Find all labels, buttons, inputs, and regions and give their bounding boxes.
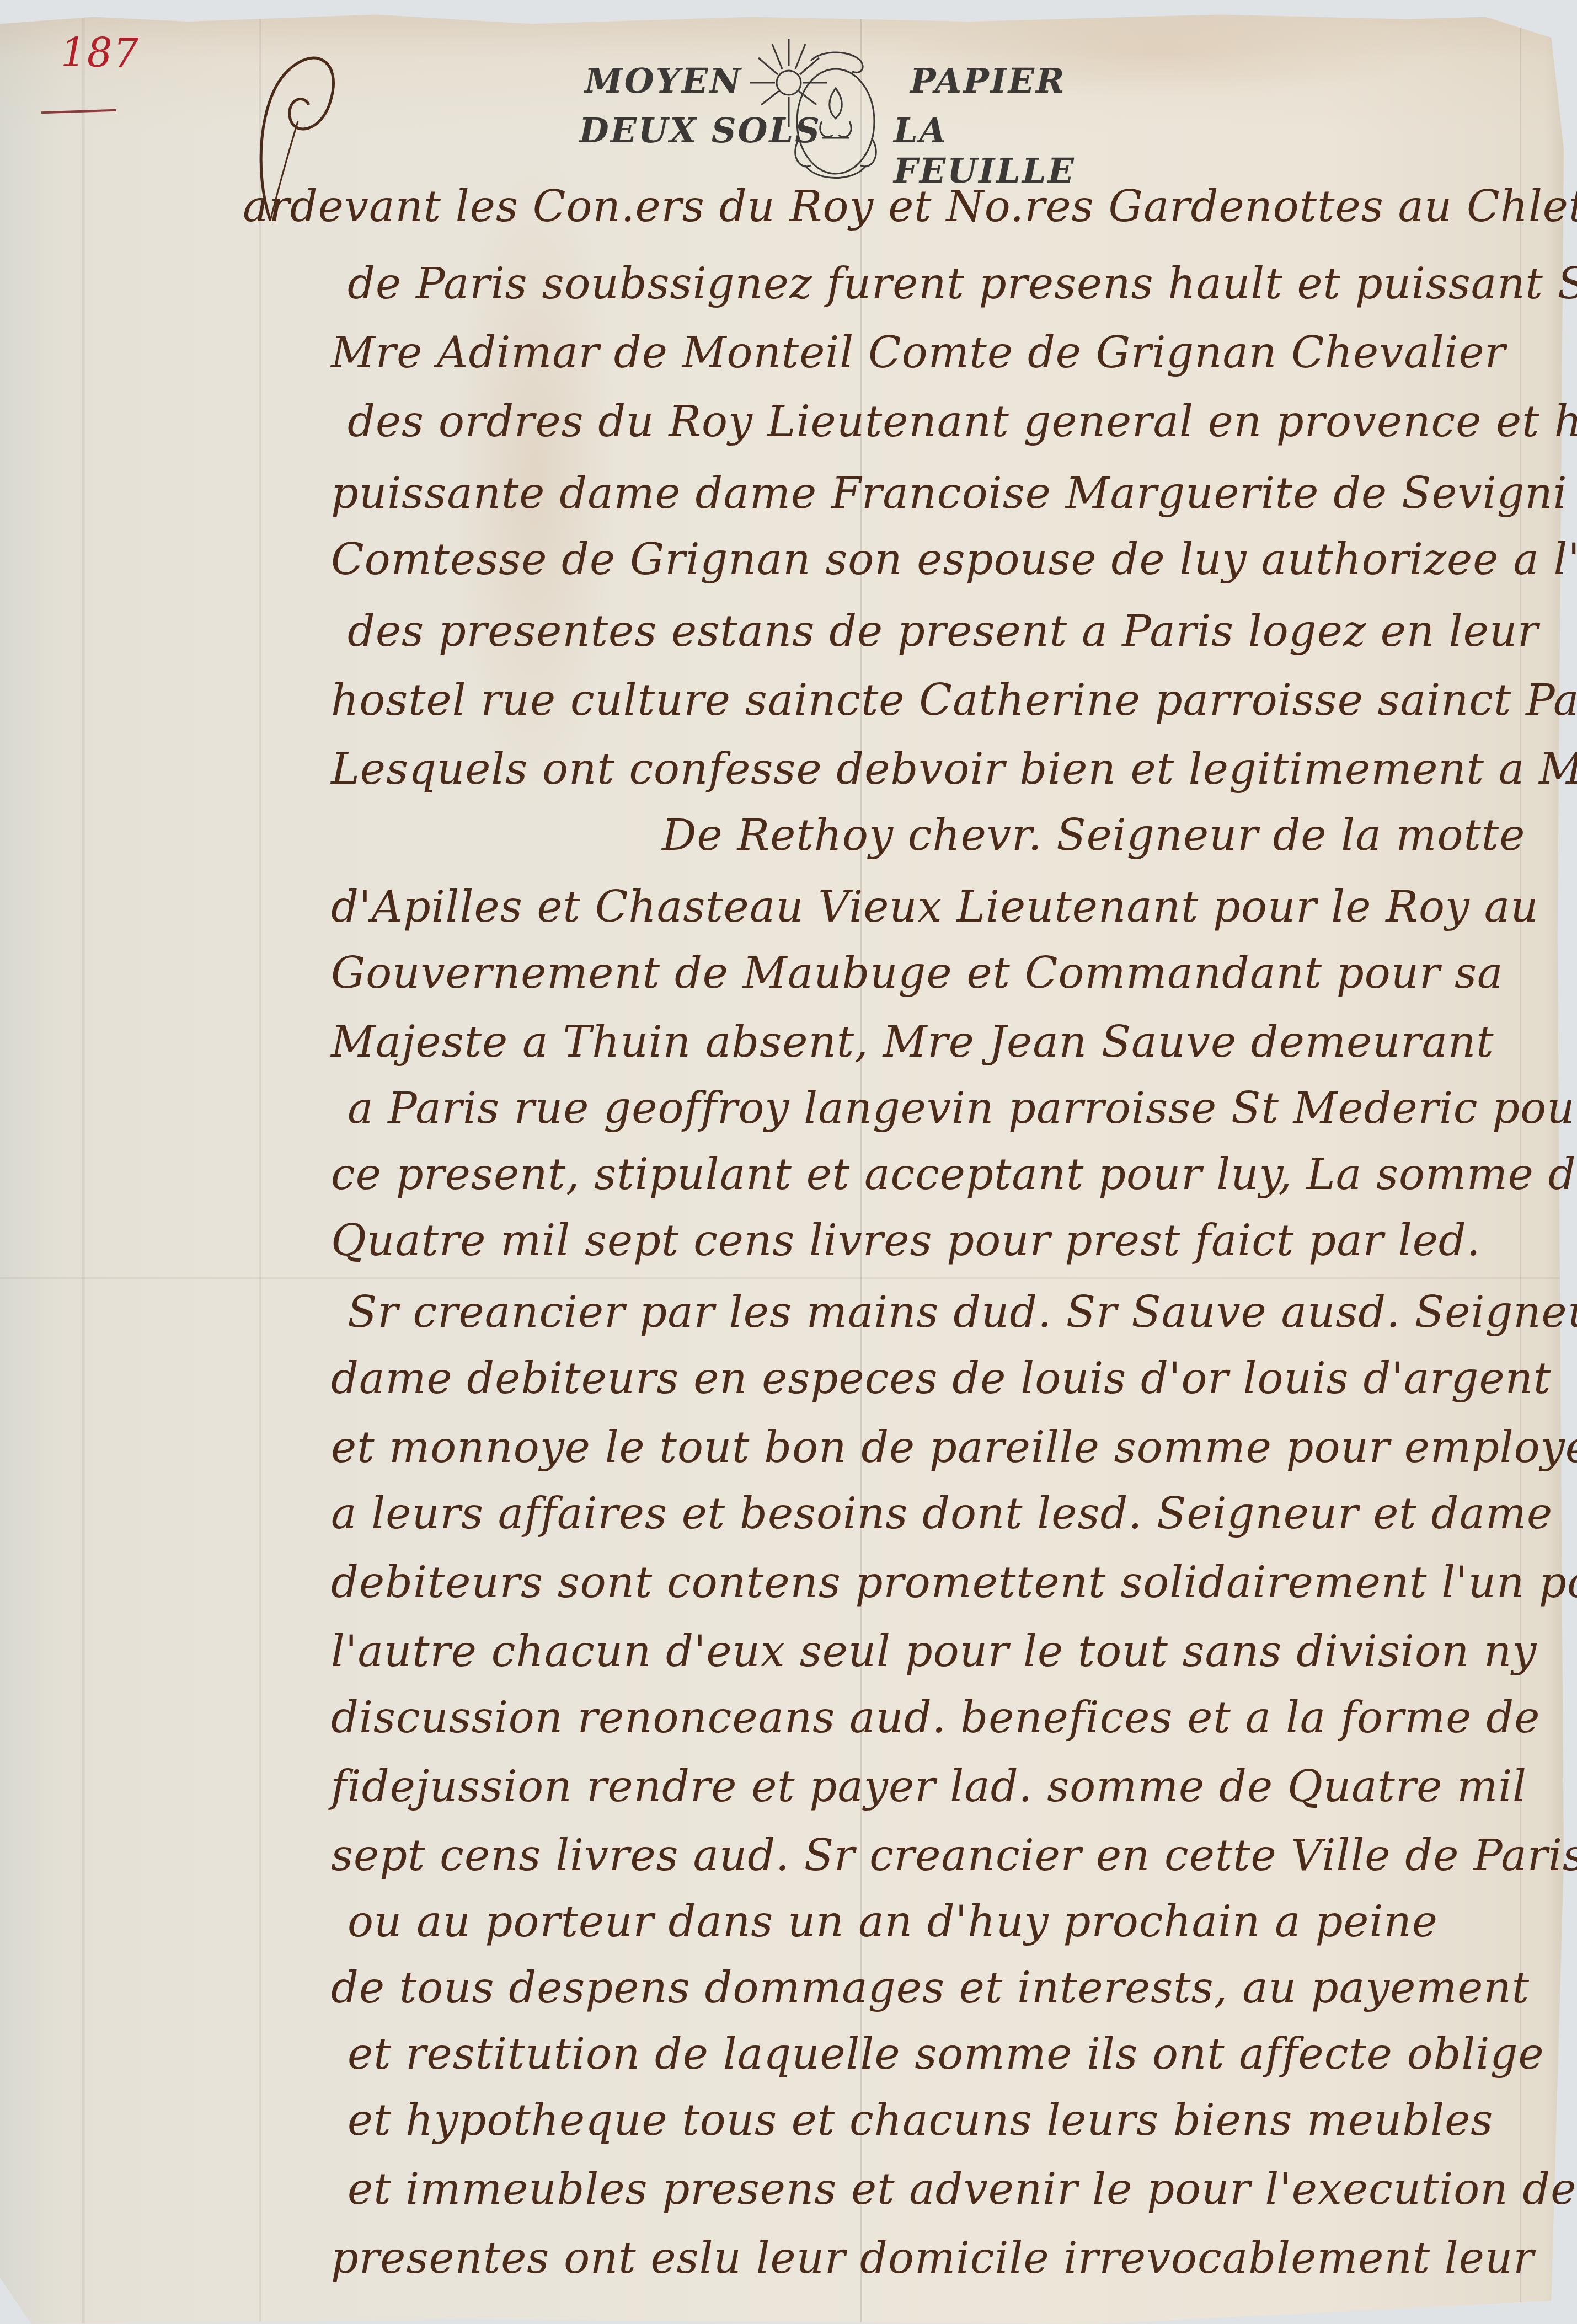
manuscript-line: ce present, stipulant et acceptant pour … xyxy=(331,1150,1577,1200)
manuscript-line: a Paris rue geoffroy langevin parroisse … xyxy=(348,1084,1577,1133)
manuscript-line: et restitution de laquelle somme ils ont… xyxy=(348,2030,1544,2079)
manuscript-line: Comtesse de Grignan son espouse de luy a… xyxy=(331,535,1577,585)
manuscript-line: ardevant les Con.ers du Roy et No.res Ga… xyxy=(243,182,1577,232)
manuscript-line: ou au porteur dans un an d'huy prochain … xyxy=(348,1897,1438,1947)
manuscript-line: de Paris soubssignez furent presens haul… xyxy=(348,259,1577,309)
manuscript-line: des ordres du Roy Lieutenant general en … xyxy=(348,397,1577,447)
manuscript-line: Gouvernement de Maubuge et Commandant po… xyxy=(331,949,1504,998)
manuscript-line: et immeubles presens et advenir le pour … xyxy=(348,2165,1577,2214)
manuscript-line: Majeste a Thuin absent, Mre Jean Sauve d… xyxy=(331,1018,1494,1067)
manuscript-line: de tous despens dommages et interests, a… xyxy=(331,1963,1530,2013)
manuscript-body: ardevant les Con.ers du Roy et No.res Ga… xyxy=(0,0,1577,2324)
manuscript-line: presentes ont eslu leur domicile irrevoc… xyxy=(331,2234,1534,2283)
manuscript-line: des presentes estans de present a Paris … xyxy=(348,607,1539,656)
manuscript-line: Quatre mil sept cens livres pour prest f… xyxy=(331,1216,1481,1266)
manuscript-line: Lesquels ont confesse debvoir bien et le… xyxy=(331,745,1577,794)
manuscript-line: dame debiteurs en especes de louis d'or … xyxy=(331,1354,1551,1404)
manuscript-line: Sr creancier par les mains dud. Sr Sauve… xyxy=(348,1288,1577,1337)
manuscript-line: sept cens livres aud. Sr creancier en ce… xyxy=(331,1831,1577,1881)
manuscript-line: et hypotheque tous et chacuns leurs bien… xyxy=(348,2096,1493,2145)
manuscript-line: d'Apilles et Chasteau Vieux Lieutenant p… xyxy=(331,882,1538,932)
manuscript-line: De Rethoy chevr. Seigneur de la motte xyxy=(662,811,1525,860)
manuscript-line: fidejussion rendre et payer lad. somme d… xyxy=(331,1762,1527,1812)
manuscript-line: a leurs affaires et besoins dont lesd. S… xyxy=(331,1489,1553,1539)
manuscript-line: puissante dame dame Francoise Marguerite… xyxy=(331,469,1568,518)
manuscript-line: discussion renonceans aud. benefices et … xyxy=(331,1693,1540,1743)
manuscript-line: l'autre chacun d'eux seul pour le tout s… xyxy=(331,1627,1537,1677)
manuscript-line: et monnoye le tout bon de pareille somme… xyxy=(331,1423,1577,1472)
manuscript-line: hostel rue culture saincte Catherine par… xyxy=(331,676,1577,725)
manuscript-line: Mre Adimar de Monteil Comte de Grignan C… xyxy=(331,328,1506,378)
manuscript-line: debiteurs sont contens promettent solida… xyxy=(331,1558,1577,1608)
